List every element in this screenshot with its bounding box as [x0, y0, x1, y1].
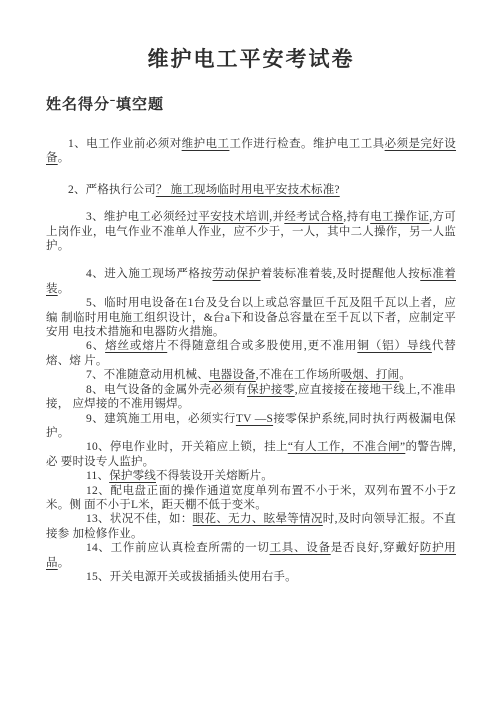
- text-segment: 。: [58, 557, 70, 569]
- text-segment: 着装标准着装,及时提醒他人按: [261, 268, 421, 280]
- text-segment: ,不准在工作场所: [256, 369, 341, 381]
- text-segment: 13、状况不佳，如：: [86, 513, 193, 525]
- fill-blank-answer: 经考试合格: [284, 211, 343, 223]
- text-segment: 8、电气设备的金属外壳必须有: [86, 384, 247, 396]
- fill-blank-answer: 工具、设备: [270, 542, 331, 554]
- fill-blank-answer: 保护接零: [247, 384, 295, 396]
- fill-blank-answer: 维护电工: [182, 138, 230, 150]
- paragraph: 2、严格执行公司？ 施工现场临时用电平安技术标准?: [46, 183, 456, 197]
- text-segment: 1、电工作业前必须对: [68, 138, 182, 150]
- text-segment: 15、开关电源开关或拔插插头使用右手。: [86, 571, 297, 583]
- name-score-heading: 姓名得分ˉ填空题: [46, 96, 456, 114]
- text-segment: 5、临时用电设备在1台及殳台以上或总容量叵千瓦及阻千瓦以上者，应编 制临时用电施…: [46, 297, 456, 338]
- text-segment: 。: [58, 283, 70, 295]
- paragraph: 13、状况不佳，如：眼花、无力、眩晕等情况时,及时向领导汇报。不直接参 加检修作…: [46, 512, 456, 541]
- fill-blank-answer: 吸烟、打闹: [341, 369, 400, 381]
- text-segment: 工作进行检查。维护电工工具: [229, 138, 384, 150]
- text-segment: 是否良好,穿戴好: [331, 542, 420, 554]
- fill-blank-answer: 熔丝或熔片: [105, 340, 167, 352]
- text-segment: 14、工作前应认真检查所需的一切: [86, 542, 270, 554]
- text-segment: 12、配电盘正面的操作通道宽度单列布置不小于米，双列布置不小于Z米。侧 面不小于…: [46, 485, 456, 511]
- text-segment: ,并: [269, 211, 284, 223]
- text-segment: 。: [399, 369, 411, 381]
- paragraph: 1、电工作业前必须对维护电工工作进行检查。维护电工工具必须是完好设备。: [46, 137, 456, 166]
- paragraph: 6、熔丝或熔片不得随意组合或多股使用,更不准用铜（铝）导线代替熔、熔 片。: [46, 339, 456, 368]
- paragraph: 10、停电作业时，开关箱应上锁，挂上“有人工作，不准合闸”的警告牌,必 要时设专…: [46, 440, 456, 469]
- paragraph: 3、维护电工必须经过平安技术培训,并经考试合格,持有电工操作证,方可 上岗作业，…: [46, 210, 456, 253]
- text-segment: 6、: [86, 340, 105, 352]
- fill-blank-answer: 平安技术培训: [198, 211, 269, 223]
- paragraph: 5、临时用电设备在1台及殳台以上或总容量叵千瓦及阻千瓦以上者，应编 制临时用电施…: [46, 296, 456, 339]
- paragraph: 9、建筑施工用电，必须实行TV —S接零保护系统,同时执行两极漏电保护。: [46, 412, 456, 441]
- text-segment: 9、建筑施工用电，必须实行: [86, 413, 236, 425]
- text-segment: 7、不准随意动用机械、: [86, 369, 209, 381]
- fill-blank-answer: 眼花、无力、眩晕等情况: [193, 513, 323, 525]
- fill-blank-answer: 电工操作证: [370, 211, 429, 223]
- fill-blank-answer: 铜（铝）导线: [357, 340, 432, 352]
- fill-blank-answer: 劳动保护: [212, 268, 260, 280]
- text-segment: ,持有: [343, 211, 370, 223]
- document-title: 维护电工平安考试卷: [46, 44, 456, 74]
- paragraph: 4、进入施工现场严格按劳动保护着装标准着装,及时提醒他人按标准着装。: [46, 267, 456, 296]
- paragraph-list: 1、电工作业前必须对维护电工工作进行检查。维护电工工具必须是完好设备。2、严格执…: [46, 137, 456, 584]
- paragraph: 11、保护零线不得装设开关熔断片。: [46, 469, 456, 483]
- paragraph: 15、开关电源开关或拔插插头使用右手。: [46, 570, 456, 584]
- text-segment: 4、进入施工现场严格按: [86, 268, 212, 280]
- document-page: 维护电工平安考试卷 姓名得分ˉ填空题 1、电工作业前必须对维护电工工作进行检查。…: [0, 0, 500, 707]
- fill-blank-answer: ？ 施工现场临时用电平安技术标准?: [156, 184, 340, 196]
- text-segment: 不得随意组合或多股使用,更不准用: [167, 340, 357, 352]
- paragraph: 12、配电盘正面的操作通道宽度单列布置不小于米，双列布置不小于Z米。侧 面不小于…: [46, 484, 456, 513]
- text-segment: 11、: [86, 470, 109, 482]
- fill-blank-answer: 保护零线: [109, 470, 156, 482]
- text-segment: 不得装设开关熔断片。: [156, 470, 273, 482]
- text-segment: 2、严格执行公司: [68, 184, 156, 196]
- text-segment: 3、维护电工必须经过: [86, 211, 198, 223]
- paragraph: 8、电气设备的金属外壳必须有保护接零,应直接接在接地干线上,不准串接， 应焊接的…: [46, 383, 456, 412]
- fill-blank-answer: TV —S: [236, 413, 273, 425]
- fill-blank-answer: 电器设备: [209, 369, 256, 381]
- paragraph: 7、不准随意动用机械、电器设备,不准在工作场所吸烟、打闹。: [46, 368, 456, 382]
- text-segment: 。: [58, 152, 70, 164]
- text-segment: 10、停电作业时，开关箱应上锁，挂上: [86, 441, 288, 453]
- fill-blank-answer: “有人工作，不准合闸”: [288, 441, 406, 453]
- paragraph: 14、工作前应认真检查所需的一切工具、设备是否良好,穿戴好防护用品。: [46, 541, 456, 570]
